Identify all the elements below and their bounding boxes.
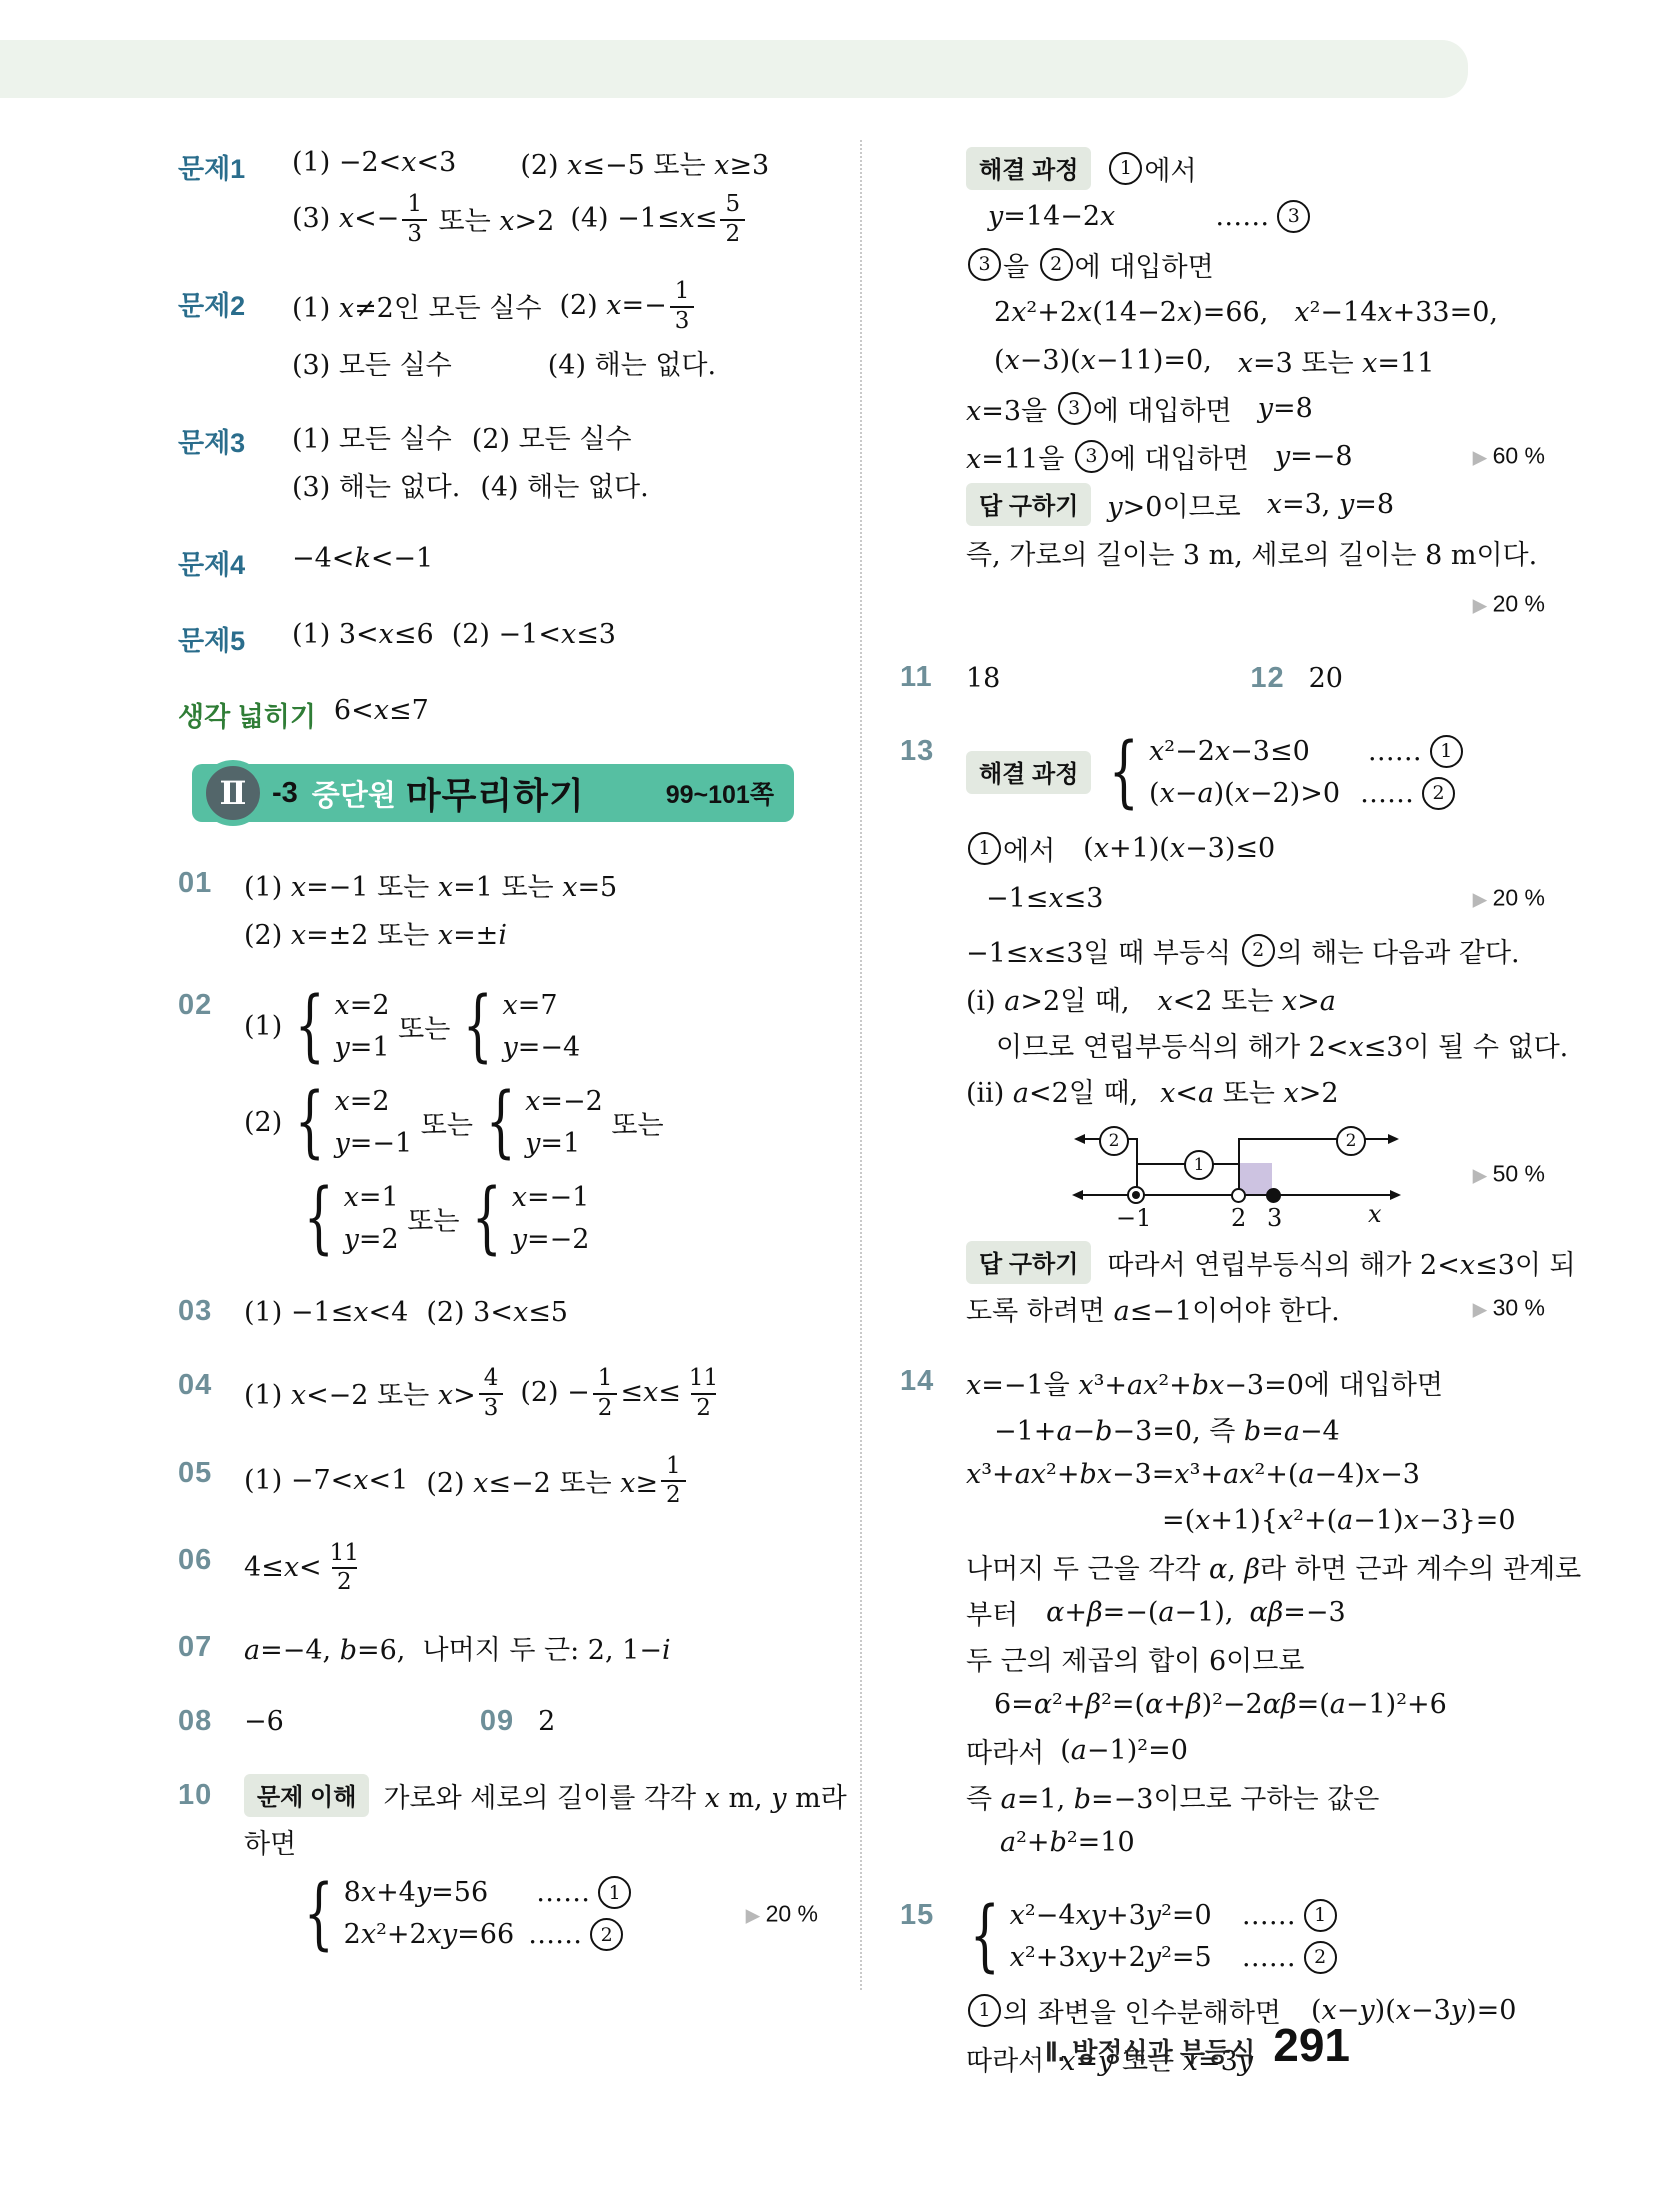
math-text: −1≤x≤3일 때 부등식	[966, 931, 1240, 970]
math-run: =56	[431, 1877, 488, 1908]
answer-line: (3) 해는 없다.(4) 해는 없다.	[292, 462, 818, 506]
answer-line: (x−3)(x−11)=0,x=3 또는 x=11	[966, 338, 1545, 382]
math-text: (2) x=±2 또는 x=±i	[244, 913, 507, 952]
math-run: 또는	[412, 1110, 481, 1141]
spacer	[966, 1842, 1000, 1843]
math-run: −3	[1380, 1459, 1420, 1490]
math-variable: x	[1267, 489, 1282, 520]
math-variable: y	[1107, 492, 1122, 523]
math-text: 또는	[603, 1103, 664, 1142]
math-variable: x	[1235, 778, 1250, 809]
fraction-denominator: 2	[332, 1567, 357, 1597]
math-variable: αβ	[1249, 1597, 1283, 1628]
math-run: 따라서	[966, 2046, 1044, 2077]
math-run: =3을	[981, 396, 1055, 427]
system-row: x²−2x−3≤0……1	[1149, 730, 1465, 772]
open-point-2	[1231, 1188, 1246, 1203]
math-variable: a	[1284, 1416, 1300, 1447]
math-run: =3,	[1282, 489, 1339, 520]
math-text: 하면	[244, 1822, 296, 1861]
math-run: )=66,	[1192, 297, 1268, 328]
math-run: =1	[350, 1032, 390, 1063]
math-run: 이므로 연립부등식의 해가 2<	[996, 1032, 1348, 1063]
math-run: 또는	[603, 1110, 664, 1141]
math-text: 에 대입하면	[1110, 437, 1249, 476]
math-text: (3) x<−	[292, 203, 399, 234]
math-variable: x	[1282, 986, 1297, 1017]
math-run: ²=(	[1101, 1689, 1145, 1720]
spacer	[1212, 360, 1238, 361]
math-run: ²=10	[1067, 1827, 1135, 1858]
math-run: ²−14	[1310, 297, 1378, 328]
answer-line: x=−1을 x³+ax²+bx−3=0에 대입하면	[966, 1360, 1545, 1404]
math-variable: x	[499, 206, 514, 237]
math-text: x=−2	[525, 1086, 603, 1117]
math-variable: x	[1460, 1250, 1475, 1281]
answer-line: 즉, 가로의 길이는 3 m, 세로의 길이는 8 m이다.	[966, 530, 1545, 574]
math-text: y=−2	[512, 1224, 590, 1255]
math-variable: x	[1078, 1370, 1093, 1401]
top-band	[0, 40, 1468, 98]
answer-line: −6092	[244, 1700, 818, 1744]
math-run: 에서	[1003, 836, 1055, 867]
math-variable: x	[379, 619, 394, 650]
math-variable: α	[1209, 1554, 1227, 1585]
math-variable: y	[334, 1128, 349, 1159]
fraction: 13	[402, 191, 427, 248]
math-text: 의 해는 다음과 같다.	[1277, 931, 1520, 970]
math-variable: x	[1028, 938, 1043, 969]
math-text: y=−4	[503, 1032, 581, 1063]
math-text: x=7	[503, 990, 558, 1021]
math-text: x²−14x+33=0,	[1294, 297, 1498, 328]
math-text: (a−1)²=0	[1060, 1735, 1188, 1766]
math-run: ²+3	[1025, 1942, 1076, 1973]
math-run: )(	[1375, 1995, 1396, 2026]
score-percent: 60 %	[1473, 443, 1545, 470]
math-run: (1) 3<	[292, 619, 379, 650]
answer-line: (1) x≠2인 모든 실수(2) x=−13	[292, 277, 818, 334]
spacer	[966, 216, 988, 217]
answer-line: x³+ax²+bx−3=x³+ax²+(a−4)x−3	[966, 1452, 1545, 1496]
circled-number: 2	[1242, 934, 1275, 967]
spacer	[1044, 1750, 1060, 1751]
answer-item: 05(1) −7<x<1(2) x≤−2 또는 x≥12	[178, 1452, 818, 1509]
section-page-range: 99~101쪽	[666, 775, 774, 811]
step-badge: 답 구하기	[966, 483, 1091, 526]
system-row: y=−4	[503, 1026, 581, 1068]
math-run: =±2 또는	[306, 920, 438, 951]
axis-variable-label: x	[1368, 1200, 1382, 1228]
math-text: ……	[536, 1877, 590, 1908]
answer-lines: (1) 모든 실수(2) 모든 실수(3) 해는 없다.(4) 해는 없다.	[292, 414, 818, 506]
math-variable: x	[291, 1380, 306, 1411]
math-run: (1)	[244, 1011, 291, 1042]
problem-answers: 문제1(1) −2<x<3(2) x≤−5 또는 x≥3(3) x<−13 또는…	[178, 140, 818, 734]
math-variable: x	[1170, 833, 1185, 864]
math-text: x=3, y=8	[1267, 489, 1394, 520]
math-text: (4) 해는 없다.	[548, 343, 716, 382]
answer-line: 20 %	[966, 582, 1545, 626]
math-variable: α	[1034, 1689, 1052, 1720]
math-text: (1) x<−2 또는 x>	[244, 1373, 476, 1412]
item-number	[900, 146, 952, 626]
answer-item: 03(1) −1≤x<4(2) 3<x≤5	[178, 1290, 818, 1334]
spacer	[1138, 1090, 1160, 1091]
math-variable: x	[620, 1468, 635, 1499]
math-run: ……	[1368, 736, 1422, 767]
math-variable: y	[988, 201, 1003, 232]
spacer	[284, 1721, 480, 1722]
answer-line: −1≤x≤320 %	[966, 876, 1545, 920]
tick-label-2: 2	[1231, 1204, 1246, 1232]
item-number: 13	[900, 730, 952, 1330]
math-text: x<2 또는 x>a	[1158, 979, 1336, 1018]
fraction-denominator: 3	[479, 1393, 504, 1423]
math-variable: i	[498, 920, 507, 951]
math-text: y=14−2x	[988, 201, 1115, 232]
circled-1: 1	[1184, 1150, 1214, 1180]
spacer	[1212, 1957, 1242, 1958]
math-variable: y	[1146, 1900, 1161, 1931]
spacer	[1269, 216, 1275, 217]
spacer	[966, 1520, 1162, 1521]
math-text: (4) −1≤x≤	[570, 203, 717, 234]
spacer	[1018, 1612, 1046, 1613]
math-text: (1) −7<x<1	[244, 1465, 408, 1496]
math-run: =11	[1377, 348, 1434, 379]
math-run: ²−2	[1164, 736, 1215, 767]
math-run: ²+(	[1254, 1459, 1298, 1490]
math-variable: x	[1362, 348, 1377, 379]
spacer	[488, 1892, 536, 1893]
math-run: 에 대입하면	[1110, 444, 1249, 475]
math-text: ……	[528, 1919, 582, 1950]
math-variable: x	[966, 1370, 981, 1401]
math-variable: x	[1081, 345, 1096, 376]
math-run: =1,	[1017, 1784, 1074, 1815]
item-number: 01	[178, 862, 230, 954]
math-text: 20	[1309, 663, 1343, 694]
math-variable: x	[1283, 1078, 1298, 1109]
item-number: 03	[178, 1290, 230, 1334]
math-text: (2) 3<x≤5	[426, 1297, 568, 1328]
answer-line: −1+a−b−3=0, 즉 b=a−4	[966, 1406, 1545, 1450]
spacer	[244, 1913, 300, 1914]
math-run: 따라서	[966, 1738, 1044, 1769]
math-run: 20	[1309, 663, 1343, 694]
item-number: 05	[178, 1452, 230, 1509]
math-run: −3)≤0	[1185, 833, 1275, 864]
circled-number: 1	[968, 832, 1001, 865]
math-text: x=−1	[512, 1182, 590, 1213]
math-text: 에 대입하면	[1075, 245, 1214, 284]
math-run: 도록 하려면	[966, 1296, 1114, 1327]
right-answer-items: 해결 과정1에서y=14−2x……33을 2에 대입하면2x²+2x(14−2x…	[900, 146, 1545, 2080]
math-run: 6=	[994, 1689, 1034, 1720]
math-run: =−2	[540, 1086, 602, 1117]
answer-line: y=14−2x……3	[966, 194, 1545, 238]
circled-number: 2	[1304, 1941, 1337, 1974]
math-text: (1) −2<x<3	[292, 147, 456, 178]
answer-item: 064≤x<112	[178, 1539, 818, 1596]
math-variable: x	[1160, 1078, 1175, 1109]
answer-line: 답 구하기y>0이므로x=3, y=8	[966, 482, 1545, 526]
math-run: ≤	[695, 203, 718, 234]
system-rows: x²−2x−3≤0……1(x−a)(x−2)>0……2	[1149, 730, 1465, 814]
math-text: ……	[1360, 778, 1414, 809]
math-run: >2	[1299, 1078, 1339, 1109]
math-run: (	[1083, 833, 1094, 864]
math-variable: x	[284, 1552, 299, 1583]
spacer	[966, 312, 994, 313]
math-run: =±	[453, 920, 498, 951]
answer-line: 두 근의 제곱의 합이 6이므로	[966, 1636, 1545, 1680]
math-run: =8	[1354, 489, 1394, 520]
math-run: =−1	[350, 1128, 412, 1159]
answer-line: 따라서(a−1)²=0	[966, 1728, 1545, 1772]
equation-system: {8x+4y=56……12x²+2xy=66……2	[300, 1872, 633, 1956]
math-run: −3=0에 대입하면	[1224, 1370, 1443, 1401]
problem-label: 문제3	[178, 414, 274, 506]
math-text: 즉, 가로의 길이는 3 m, 세로의 길이는 8 m이다.	[966, 533, 1537, 572]
step-badge: 답 구하기	[966, 1241, 1091, 1284]
answer-line: (2) {x=2y=−1 또는 {x=−2y=1 또는	[244, 1080, 818, 1164]
system-rows: x=−2y=1	[525, 1080, 603, 1164]
math-variable: x	[1238, 348, 1253, 379]
problem-answer: 문제5(1) 3<x≤6(2) −1<x≤3	[178, 612, 818, 658]
spacer	[582, 1934, 588, 1935]
math-run: −1+	[994, 1416, 1056, 1447]
math-text: y=1	[525, 1128, 580, 1159]
math-text: x=3을	[966, 389, 1056, 428]
math-text: −4<k<−1	[292, 543, 433, 574]
math-variable: x	[438, 920, 453, 951]
left-answer-items: 01(1) x=−1 또는 x=1 또는 x=5(2) x=±2 또는 x=±i…	[178, 862, 818, 1956]
math-run: (1)	[244, 1380, 291, 1411]
math-run: >	[1297, 986, 1320, 1017]
answer-line: 1에서(x+1)(x−3)≤0	[966, 826, 1545, 870]
spacer	[554, 218, 570, 219]
math-variable: b	[1095, 1416, 1112, 1447]
answer-lines: −6092	[244, 1700, 818, 1744]
math-run: <−2 또는	[306, 1380, 438, 1411]
math-run: (2) 모든 실수	[472, 424, 632, 455]
math-variable: x	[1100, 201, 1115, 232]
system-row: y=1	[334, 1026, 389, 1068]
math-variable: a	[1197, 778, 1213, 809]
math-run: 에 대입하면	[1075, 252, 1214, 283]
system-row: y=−2	[512, 1218, 590, 1260]
answer-item: 13해결 과정{x²−2x−3≤0……1(x−a)(x−2)>0……21에서(x…	[900, 730, 1545, 1330]
item-number: 09	[480, 1705, 514, 1738]
math-text: 에서	[1003, 829, 1055, 868]
math-variable: x	[339, 293, 354, 324]
math-variable: x	[473, 1468, 488, 1499]
math-run: )²−2	[1202, 1689, 1263, 1720]
equation-system: {x=2y=−1	[291, 1080, 412, 1164]
answer-lines: −4<k<−1	[292, 536, 818, 582]
math-text: −1+a−b−3=0, 즉 b=a−4	[994, 1409, 1340, 1448]
problem-answer: 문제3(1) 모든 실수(2) 모든 실수(3) 해는 없다.(4) 해는 없다…	[178, 414, 818, 506]
step-badge: 해결 과정	[966, 147, 1091, 190]
answer-line: −4<k<−1	[292, 536, 818, 580]
circled-number: 1	[968, 1994, 1001, 2027]
math-variable: x	[334, 1086, 349, 1117]
math-variable: x	[339, 203, 354, 234]
system-row: x=2	[334, 1080, 412, 1122]
math-run: ≤5	[528, 1297, 568, 1328]
math-run: (1)	[244, 872, 291, 903]
column-divider	[860, 140, 862, 1990]
math-run: (3) 해는 없다.	[292, 472, 460, 503]
math-run: ²+	[1158, 1370, 1191, 1401]
answer-line: 해결 과정{x²−2x−3≤0……1(x−a)(x−2)>0……2	[966, 730, 1545, 814]
spacer	[460, 484, 480, 485]
math-run: =−3이므로 구하는 값은	[1091, 1784, 1379, 1815]
math-text: 따라서	[966, 2039, 1044, 2078]
math-run: m라	[787, 1783, 847, 1814]
math-run: =−1을	[981, 1370, 1078, 1401]
math-text: ……	[1368, 736, 1422, 767]
math-text: (1) 모든 실수	[292, 417, 452, 456]
math-variable: β	[1086, 1689, 1102, 1720]
math-text: (2) x≤−2 또는 x≥	[426, 1461, 658, 1500]
answer-line: (2) x=±2 또는 x=±i	[244, 910, 818, 954]
math-text: y=1	[334, 1032, 389, 1063]
math-run: 나머지 두 근을 각각	[966, 1554, 1209, 1585]
system-rows: x²−4xy+3y²=0……1x²+3xy+2y²=5……2	[1010, 1894, 1339, 1978]
math-run: ……	[1242, 1900, 1296, 1931]
math-variable: x	[1348, 1032, 1363, 1063]
math-variable: αβ	[1263, 1689, 1297, 1720]
math-variable: y	[344, 1224, 359, 1255]
math-run: 또는	[430, 206, 499, 237]
math-variable: y	[503, 1032, 518, 1063]
fraction: 112	[684, 1365, 723, 1422]
math-variable: x	[561, 619, 576, 650]
chapter-roman-badge: Ⅱ	[200, 760, 266, 826]
answer-lines: 해결 과정1에서y=14−2x……33을 2에 대입하면2x²+2x(14−2x…	[966, 146, 1545, 626]
spacer	[244, 1218, 300, 1219]
math-variable: ax	[1127, 1370, 1158, 1401]
spacer	[966, 898, 986, 899]
answer-item: 02(1) {x=2y=1 또는 {x=7y=−4(2) {x=2y=−1 또는…	[178, 984, 818, 1260]
math-run: <−	[354, 203, 399, 234]
math-text: 8x+4y=56	[344, 1877, 488, 1908]
math-run: (	[1060, 1735, 1071, 1766]
system-brace-icon: {	[463, 986, 493, 1066]
equation-system: {x²−4xy+3y²=0……1x²+3xy+2y²=5……2	[966, 1894, 1339, 1978]
answer-line: (1) −2<x<3(2) x≤−5 또는 x≥3	[292, 140, 818, 184]
math-text: x²−2x−3≤0	[1149, 736, 1310, 767]
spacer	[1115, 216, 1215, 217]
math-variable: a	[1320, 986, 1336, 1017]
math-variable: a	[1004, 986, 1020, 1017]
math-run: =7	[518, 990, 558, 1021]
circled-number: 1	[1304, 1899, 1337, 1932]
math-text: (2) x=−	[559, 290, 666, 321]
math-run: 또는	[390, 1014, 459, 1045]
math-run: −3≤0	[1230, 736, 1310, 767]
equation-system: {x=7y=−4	[459, 984, 580, 1068]
system-brace-icon: {	[1109, 732, 1139, 812]
math-run: 하면	[244, 1829, 296, 1860]
math-run: 가로와 세로의 길이를 각각	[383, 1783, 704, 1814]
answer-line: 나머지 두 근을 각각 α, β라 하면 근과 계수의 관계로	[966, 1544, 1545, 1588]
math-variable: x	[1174, 1459, 1189, 1490]
math-variable: x	[512, 1182, 527, 1213]
math-run: 또는	[1214, 1078, 1283, 1109]
math-text: 나머지 두 근을 각각 α, β라 하면 근과 계수의 관계로	[966, 1547, 1581, 1586]
answer-line: x=3을 3에 대입하면y=8	[966, 386, 1545, 430]
section-subtitle: 중단원	[312, 773, 396, 814]
math-run: <4	[369, 1297, 409, 1328]
answer-line: (3) 모든 실수(4) 해는 없다.	[292, 340, 818, 384]
math-run: −4)	[1315, 1459, 1365, 1490]
math-variable: x	[291, 872, 306, 903]
spacer	[1296, 1915, 1302, 1916]
math-variable: β	[1186, 1689, 1202, 1720]
math-run: +2	[1106, 1942, 1146, 1973]
fraction: 52	[720, 191, 745, 248]
fraction: 13	[670, 278, 695, 335]
system-row: x=−2	[525, 1080, 603, 1122]
equation-system: {x=−1y=−2	[468, 1176, 589, 1260]
math-text: =(x+1){x²+(a−1)x−3}=0	[1162, 1505, 1516, 1536]
math-text: −6	[244, 1706, 284, 1737]
answer-line: (1) {x=2y=1 또는 {x=7y=−4	[244, 984, 818, 1068]
math-variable: x	[401, 147, 416, 178]
math-variable: y	[525, 1128, 540, 1159]
math-variable: x	[966, 396, 981, 427]
math-variable: x	[513, 1297, 528, 1328]
math-variable: x	[567, 150, 582, 181]
system-row: x=1	[344, 1176, 399, 1218]
math-variable: x	[1278, 1505, 1293, 1536]
textbook-answer-page: { "colors":{"banner_teal":"#56bfa2","cir…	[0, 0, 1653, 2200]
system-rows: x=2y=−1	[334, 1080, 412, 1164]
math-variable: x	[1215, 736, 1230, 767]
math-run: (2) −1<	[452, 619, 561, 650]
system-brace-icon: {	[485, 1082, 515, 1162]
circled-number: 2	[1422, 777, 1455, 810]
spacer	[452, 362, 548, 363]
math-text: 또는	[390, 1007, 459, 1046]
math-run: −1≤	[986, 883, 1048, 914]
fraction: 112	[325, 1540, 364, 1597]
system-brace-icon: {	[472, 1178, 502, 1258]
math-run: ≠2인 모든 실수	[354, 293, 541, 324]
math-run: =−(	[1103, 1597, 1159, 1628]
math-run: −6	[244, 1706, 284, 1737]
math-variable: a	[1013, 1078, 1029, 1109]
spacer	[1232, 408, 1258, 409]
math-run: 또는	[399, 1206, 468, 1237]
math-run: −1),	[1175, 1597, 1234, 1628]
spacer	[1296, 1957, 1302, 1958]
answer-line: 하면	[244, 1820, 818, 1864]
math-text: α+β=−(a−1),	[1046, 1597, 1233, 1628]
math-variable: y	[1258, 393, 1273, 424]
step-badge: 문제 이해	[244, 1774, 369, 1817]
circled-number: 1	[598, 1876, 631, 1909]
math-text: 이므로 연립부등식의 해가 2<x≤3이 될 수 없다.	[996, 1025, 1568, 1064]
item-number: 04	[178, 1364, 230, 1421]
math-text: 을	[1003, 245, 1038, 284]
math-text: (x+1)(x−3)≤0	[1083, 833, 1275, 864]
math-text: 즉 a=1, b=−3이므로 구하는 값은	[966, 1777, 1379, 1816]
